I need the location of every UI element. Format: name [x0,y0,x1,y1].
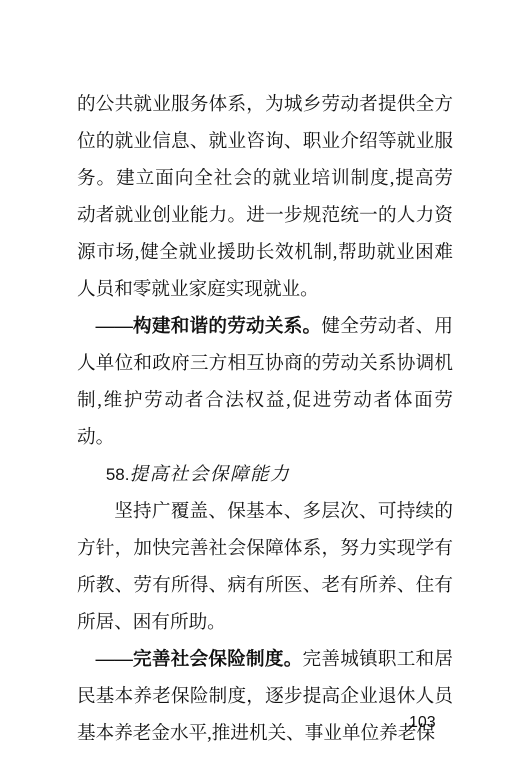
paragraph-text: 的公共就业服务体系，为城乡劳动者提供全方位的就业信息、就业咨询、职业介绍等就业服… [77,94,453,300]
section-heading: 58.提高社会保障能力 [77,456,453,493]
document-page: 的公共就业服务体系，为城乡劳动者提供全方位的就业信息、就业咨询、职业介绍等就业服… [0,0,529,774]
lead-emphasis: ——完善社会保险制度。 [96,649,303,670]
lead-emphasis: ——构建和谐的劳动关系。 [96,316,322,337]
paragraph-text: 坚持广覆盖、保基本、多层次、可持续的方针，加快完善社会保障体系，努力实现学有所教… [77,501,453,633]
dash-paragraph-labor-relations: ——构建和谐的劳动关系。健全劳动者、用人单位和政府三方相互协商的劳动关系协调机制… [77,308,453,456]
dash-paragraph-social-insurance: ——完善社会保险制度。完善城镇职工和居民基本养老保险制度，逐步提高企业退休人员基… [77,641,453,752]
heading-title: 提高社会保障能力 [129,464,290,485]
page-body: 的公共就业服务体系，为城乡劳动者提供全方位的就业信息、就业咨询、职业介绍等就业服… [77,86,453,752]
page-number: 103 [409,714,436,732]
heading-number: 58. [106,465,130,484]
paragraph-continuation: 的公共就业服务体系，为城乡劳动者提供全方位的就业信息、就业咨询、职业介绍等就业服… [77,86,453,308]
paragraph-social-security-policy: 坚持广覆盖、保基本、多层次、可持续的方针，加快完善社会保障体系，努力实现学有所教… [77,493,453,641]
